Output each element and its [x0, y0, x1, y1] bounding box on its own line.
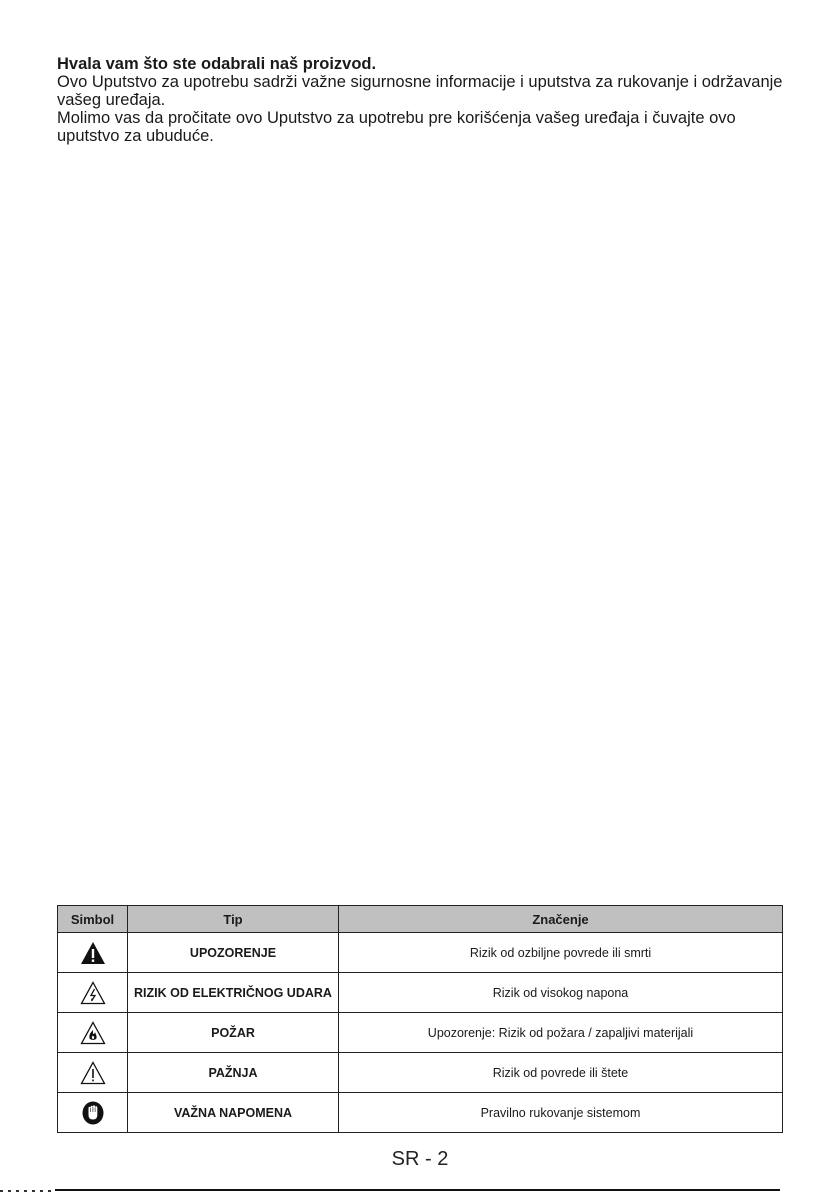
meaning-cell: Rizik od visokog napona [339, 973, 783, 1013]
type-cell: VAŽNA NAPOMENA [128, 1093, 339, 1133]
bottom-rule [55, 1189, 780, 1191]
type-cell: PAŽNJA [128, 1053, 339, 1093]
page-number: SR - 2 [0, 1148, 840, 1171]
type-cell: UPOZORENJE [128, 933, 339, 973]
table-row: VAŽNA NAPOMENA Pravilno rukovanje sistem… [58, 1093, 783, 1133]
type-cell: RIZIK OD ELEKTRIČNOG UDARA [128, 973, 339, 1013]
symbol-cell [58, 1053, 128, 1093]
fire-icon [80, 1020, 106, 1046]
warning-filled-icon [80, 940, 106, 966]
intro-paragraph-1: Ovo Uputstvo za upotrebu sadrži važne si… [57, 73, 787, 109]
meaning-cell: Pravilno rukovanje sistemom [339, 1093, 783, 1133]
meaning-cell: Upozorenje: Rizik od požara / zapaljivi … [339, 1013, 783, 1053]
safety-symbols-table: Simbol Tip Značenje UPOZORENJE Rizik od … [57, 905, 783, 1133]
symbol-cell [58, 1093, 128, 1133]
table-row: RIZIK OD ELEKTRIČNOG UDARA Rizik od viso… [58, 973, 783, 1013]
intro-title: Hvala vam što ste odabrali naš proizvod. [57, 55, 787, 73]
header-type: Tip [128, 906, 339, 933]
table-row: UPOZORENJE Rizik od ozbiljne povrede ili… [58, 933, 783, 973]
caution-icon [80, 1060, 106, 1086]
meaning-cell: Rizik od ozbiljne povrede ili smrti [339, 933, 783, 973]
header-symbol: Simbol [58, 906, 128, 933]
intro-text: Hvala vam što ste odabrali naš proizvod.… [57, 55, 787, 145]
table-row: POŽAR Upozorenje: Rizik od požara / zapa… [58, 1013, 783, 1053]
table-header-row: Simbol Tip Značenje [58, 906, 783, 933]
type-cell: POŽAR [128, 1013, 339, 1053]
table-row: PAŽNJA Rizik od povrede ili štete [58, 1053, 783, 1093]
symbol-cell [58, 973, 128, 1013]
symbol-cell [58, 933, 128, 973]
symbol-cell [58, 1013, 128, 1053]
stop-hand-icon [80, 1100, 106, 1126]
electric-shock-icon [80, 980, 106, 1006]
meaning-cell: Rizik od povrede ili štete [339, 1053, 783, 1093]
intro-paragraph-2: Molimo vas da pročitate ovo Uputstvo za … [57, 109, 787, 145]
header-meaning: Značenje [339, 906, 783, 933]
